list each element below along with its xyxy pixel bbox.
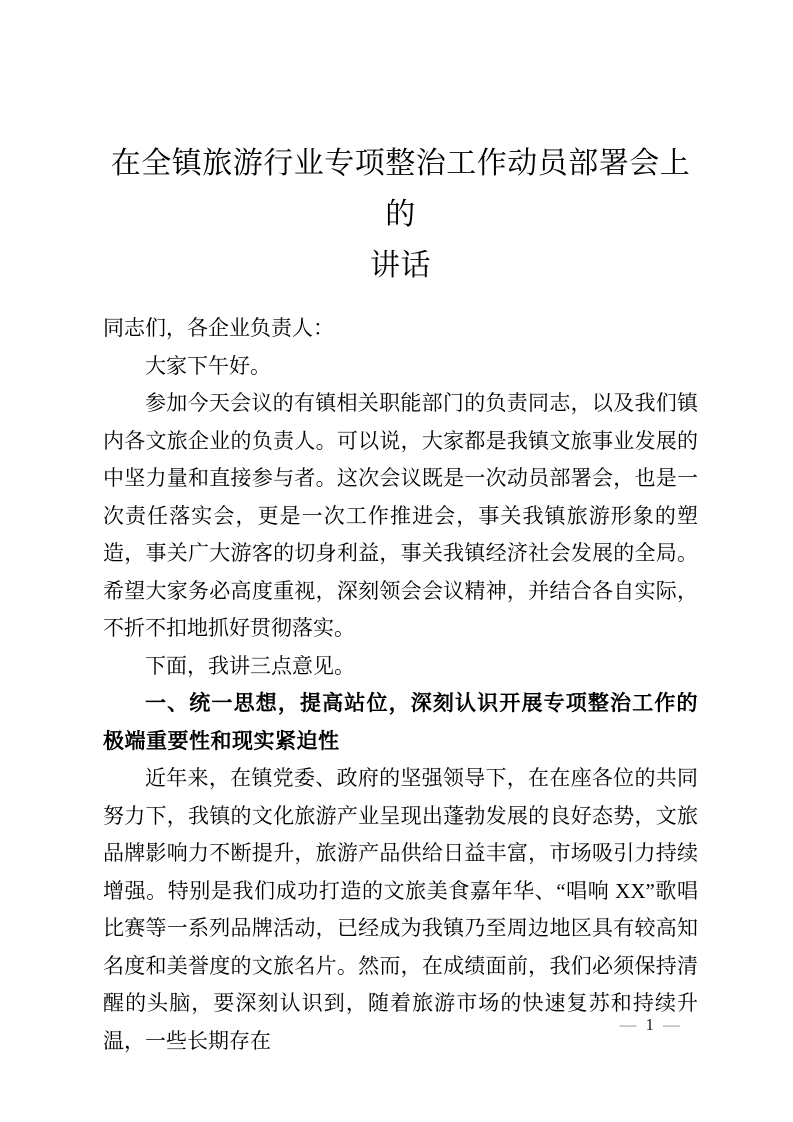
section-heading-1: 一、统一思想，提高站位，深刻认识开展专项整治工作的极端重要性和现实紧迫性 — [103, 685, 698, 760]
document-title-line-2: 讲话 — [103, 240, 698, 291]
document-title: 在全镇旅游行业专项整治工作动员部署会上的 讲话 — [103, 138, 698, 291]
document-title-line-1: 在全镇旅游行业专项整治工作动员部署会上的 — [103, 138, 698, 240]
document-page: 在全镇旅游行业专项整治工作动员部署会上的 讲话 同志们，各企业负责人： 大家下午… — [0, 0, 793, 1122]
greeting-paragraph: 大家下午好。 — [103, 348, 698, 386]
page-number-footer: —1— — [620, 1012, 681, 1038]
intro-paragraph: 参加今天会议的有镇相关职能部门的负责同志，以及我们镇内各文旅企业的负责人。可以说… — [103, 385, 698, 648]
transition-paragraph: 下面，我讲三点意见。 — [103, 648, 698, 686]
page-number: 1 — [646, 1015, 655, 1034]
document-body: 同志们，各企业负责人： 大家下午好。 参加今天会议的有镇相关职能部门的负责同志，… — [103, 310, 698, 1060]
page-number-dash-left: — — [620, 1015, 637, 1034]
document-content: 在全镇旅游行业专项整治工作动员部署会上的 讲话 同志们，各企业负责人： 大家下午… — [103, 138, 698, 1060]
section-1-paragraph: 近年来，在镇党委、政府的坚强领导下，在在座各位的共同努力下，我镇的文化旅游产业呈… — [103, 760, 698, 1060]
salutation-paragraph: 同志们，各企业负责人： — [103, 310, 698, 348]
page-number-dash-right: — — [663, 1015, 680, 1034]
